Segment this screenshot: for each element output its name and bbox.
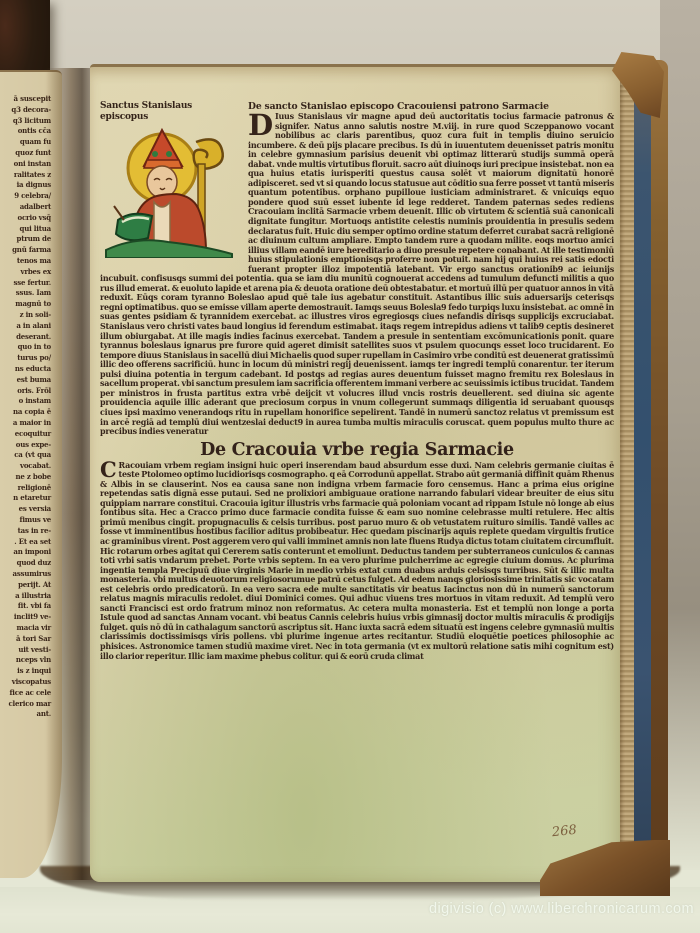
page-content: Sanctus Stanislaus episcopus [100,101,614,661]
chapter2-text: Racouiam vrbem regiam insigni huic operi… [100,460,614,661]
grass-mound [106,240,232,258]
photo-of-open-incunabulum: ā suscepit q3 decora- q3 licitum ontis c… [0,0,700,933]
main-page: Sanctus Stanislaus episcopus [90,64,624,882]
fore-edge-blue [634,80,652,868]
leather-cover-edge [651,60,668,882]
hand-line [114,206,124,220]
chapter1-dropcap: D [248,112,275,138]
woodcut-st-stanislaus [100,124,238,258]
handwritten-folio-number: 268 [551,823,577,841]
chapter2-dropcap: C [100,461,119,479]
mitre-gem [152,151,158,157]
woodcut-column: Sanctus Stanislaus episcopus [100,101,248,269]
woodcut-caption: Sanctus Stanislaus episcopus [100,101,248,122]
chapter2-heading: De Cracouia vrbe regia Sarmacie [100,440,614,460]
chapter2-body: CRacouiam vrbem regiam insigni huic oper… [100,461,614,661]
mitre-gem [166,151,172,157]
fore-edge-page-stack [620,78,635,870]
digitization-watermark: digivisio (c) www.liberchronicarum.com [429,901,694,917]
